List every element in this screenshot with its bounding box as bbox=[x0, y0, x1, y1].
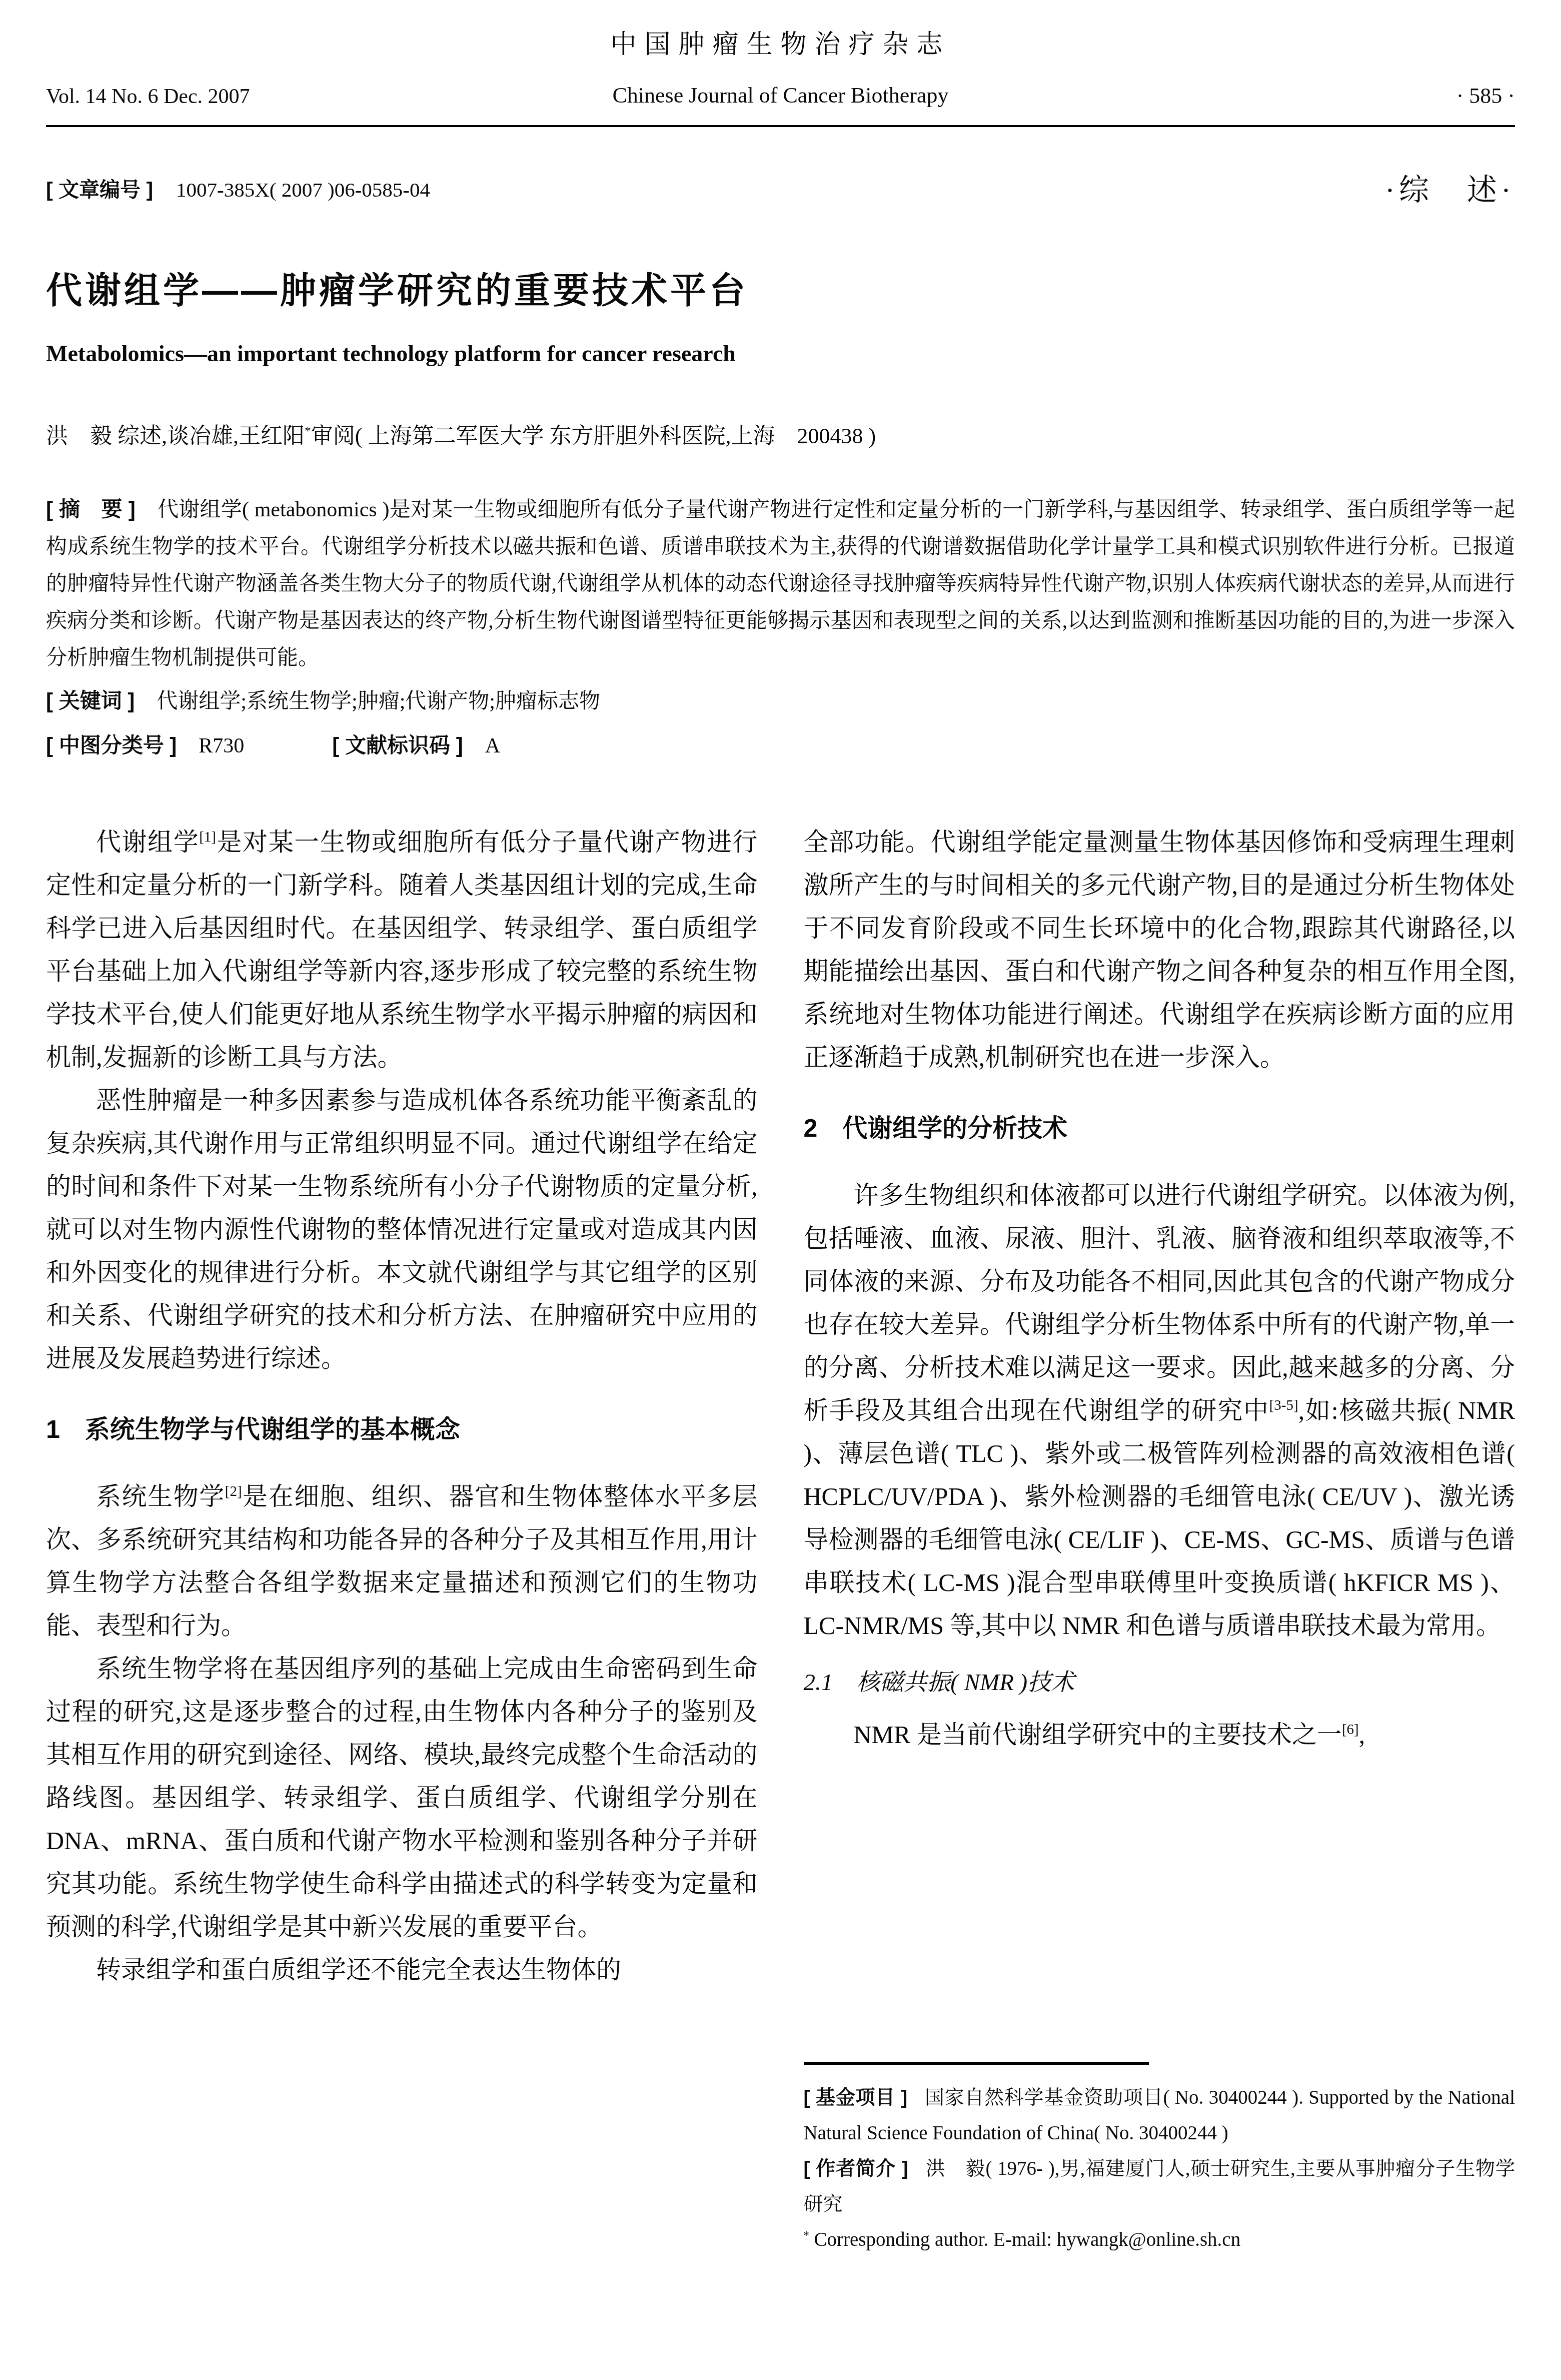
text-segment: 代谢组学 bbox=[96, 828, 199, 856]
left-paragraph-4: 系统生物学将在基因组序列的基础上完成由生命密码到生命过程的研究,这是逐步整合的过… bbox=[46, 1647, 758, 1948]
reference-mark-6: [6] bbox=[1342, 1722, 1359, 1738]
journal-page: Vol. 14 No. 6 Dec. 2007 中国肿瘤生物治疗杂志 Chine… bbox=[0, 0, 1561, 2261]
classification-line: [ 中图分类号 ]R730[ 文献标识码 ]A bbox=[46, 727, 1515, 764]
abstract-text: 代谢组学( metabonomics )是对某一生物或细胞所有低分子量代谢产物进… bbox=[46, 498, 1515, 669]
body-columns: 代谢组学[1]是对某一生物或细胞所有低分子量代谢产物进行定性和定量分析的一门新学… bbox=[46, 821, 1515, 2261]
journal-title-cn: 中国肿瘤生物治疗杂志 bbox=[376, 23, 1185, 61]
right-paragraph-2: 许多生物组织和体液都可以进行代谢组学研究。以体液为例,包括唾液、血液、尿液、胆汁… bbox=[804, 1174, 1515, 1647]
abstract-paragraph: [ 摘 要 ]代谢组学( metabonomics )是对某一生物或细胞所有低分… bbox=[46, 491, 1515, 676]
corresponding-author-mark: * bbox=[305, 424, 311, 438]
section-heading-2: 2 代谢组学的分析技术 bbox=[804, 1112, 1515, 1145]
article-number-line: [ 文章编号 ]1007-385X( 2007 )06-0585-04 bbox=[46, 173, 430, 203]
abstract-label: [ 摘 要 ] bbox=[46, 497, 136, 521]
text-segment: ,如:核磁共振( NMR )、薄层色谱( TLC )、紫外或二极管阵列检测器的高… bbox=[804, 1396, 1515, 1640]
journal-name-block: 中国肿瘤生物治疗杂志 Chinese Journal of Cancer Bio… bbox=[376, 23, 1185, 108]
text-segment: 系统生物学 bbox=[96, 1482, 225, 1510]
authors-affiliation: 审阅( 上海第二军医大学 东方肝胆外科医院,上海 200438 ) bbox=[311, 424, 876, 448]
footnote-block: [ 基金项目 ]国家自然科学基金资助项目( No. 30400244 ). Su… bbox=[804, 2062, 1515, 2261]
right-paragraph-3: NMR 是当前代谢组学研究中的主要技术之一[6], bbox=[804, 1713, 1515, 1756]
column-tag: ·综 述· bbox=[1385, 166, 1515, 209]
keywords-label: [ 关键词 ] bbox=[46, 689, 135, 712]
left-paragraph-3: 系统生物学[2]是在细胞、组织、器官和生物体整体水平多层次、多系统研究其结构和功… bbox=[46, 1475, 758, 1647]
clc-label: [ 中图分类号 ] bbox=[46, 733, 177, 757]
text-segment: NMR 是当前代谢组学研究中的主要技术之一 bbox=[854, 1721, 1342, 1749]
left-paragraph-1: 代谢组学[1]是对某一生物或细胞所有低分子量代谢产物进行定性和定量分析的一门新学… bbox=[46, 821, 758, 1079]
left-paragraph-5: 转录组学和蛋白质组学还不能完全表达生物体的 bbox=[46, 1948, 758, 1991]
page-header: Vol. 14 No. 6 Dec. 2007 中国肿瘤生物治疗杂志 Chine… bbox=[46, 23, 1515, 108]
article-number-label: [ 文章编号 ] bbox=[46, 178, 153, 201]
text-segment: , bbox=[1359, 1721, 1365, 1749]
footnote-divider bbox=[804, 2062, 1149, 2065]
article-title-cn: 代谢组学——肿瘤学研究的重要技术平台 bbox=[46, 261, 1515, 313]
clc-value: R730 bbox=[199, 734, 244, 757]
authors-text: 洪 毅 综述,谈冶雄,王红阳 bbox=[46, 424, 305, 448]
fund-label: [ 基金项目 ] bbox=[804, 2087, 908, 2108]
journal-title-en: Chinese Journal of Cancer Biotherapy bbox=[376, 83, 1185, 108]
author-bio-label: [ 作者简介 ] bbox=[804, 2158, 908, 2179]
keywords-text: 代谢组学;系统生物学;肿瘤;代谢产物;肿瘤标志物 bbox=[157, 690, 600, 713]
section-heading-1: 1 系统生物学与代谢组学的基本概念 bbox=[46, 1413, 758, 1446]
meta-row: [ 文章编号 ]1007-385X( 2007 )06-0585-04 ·综 述… bbox=[46, 173, 1515, 209]
corresponding-note: * Corresponding author. E-mail: hywangk@… bbox=[804, 2222, 1515, 2257]
doc-code-label: [ 文献标识码 ] bbox=[332, 733, 463, 757]
fund-text: 国家自然科学基金资助项目( No. 30400244 ). Supported … bbox=[804, 2087, 1515, 2144]
volume-info: Vol. 14 No. 6 Dec. 2007 bbox=[46, 85, 376, 108]
author-bio-text: 洪 毅( 1976- ),男,福建厦门人,硕士研究生,主要从事肿瘤分子生物学研究 bbox=[804, 2158, 1515, 2215]
fund-note: [ 基金项目 ]国家自然科学基金资助项目( No. 30400244 ). Su… bbox=[804, 2080, 1515, 2151]
article-title-en: Metabolomics—an important technology pla… bbox=[46, 340, 1515, 367]
left-paragraph-2: 恶性肿瘤是一种多因素参与造成机体各系统功能平衡紊乱的复杂疾病,其代谢作用与正常组… bbox=[46, 1079, 758, 1380]
text-segment: 许多生物组织和体液都可以进行代谢组学研究。以体液为例,包括唾液、血液、尿液、胆汁… bbox=[804, 1181, 1515, 1424]
authors-line: 洪 毅 综述,谈冶雄,王红阳*审阅( 上海第二军医大学 东方肝胆外科医院,上海 … bbox=[46, 418, 1515, 450]
doc-code-value: A bbox=[485, 734, 500, 757]
left-column: 代谢组学[1]是对某一生物或细胞所有低分子量代谢产物进行定性和定量分析的一门新学… bbox=[46, 821, 758, 2261]
author-bio-note: [ 作者简介 ]洪 毅( 1976- ),男,福建厦门人,硕士研究生,主要从事肿… bbox=[804, 2151, 1515, 2222]
right-column: 全部功能。代谢组学能定量测量生物体基因修饰和受病理生理刺激所产生的与时间相关的多… bbox=[804, 821, 1515, 2261]
article-number-value: 1007-385X( 2007 )06-0585-04 bbox=[176, 178, 430, 201]
reference-mark-3-5: [3-5] bbox=[1269, 1397, 1298, 1413]
header-divider bbox=[46, 125, 1515, 127]
corresponding-text email-text: Corresponding author. E-mail: hywangk@on… bbox=[809, 2229, 1240, 2250]
reference-mark-1: [1] bbox=[199, 829, 216, 845]
subsection-heading-2-1: 2.1 核磁共振( NMR )技术 bbox=[804, 1667, 1515, 1698]
text-segment: 是对某一生物或细胞所有低分子量代谢产物进行定性和定量分析的一门新学科。随着人类基… bbox=[46, 828, 758, 1071]
right-paragraph-1: 全部功能。代谢组学能定量测量生物体基因修饰和受病理生理刺激所产生的与时间相关的多… bbox=[804, 821, 1515, 1079]
reference-mark-2: [2] bbox=[225, 1483, 242, 1499]
corresponding-asterisk: * bbox=[804, 2229, 809, 2241]
keywords-line: [ 关键词 ]代谢组学;系统生物学;肿瘤;代谢产物;肿瘤标志物 bbox=[46, 682, 1515, 720]
page-number: · 585 · bbox=[1185, 84, 1515, 108]
